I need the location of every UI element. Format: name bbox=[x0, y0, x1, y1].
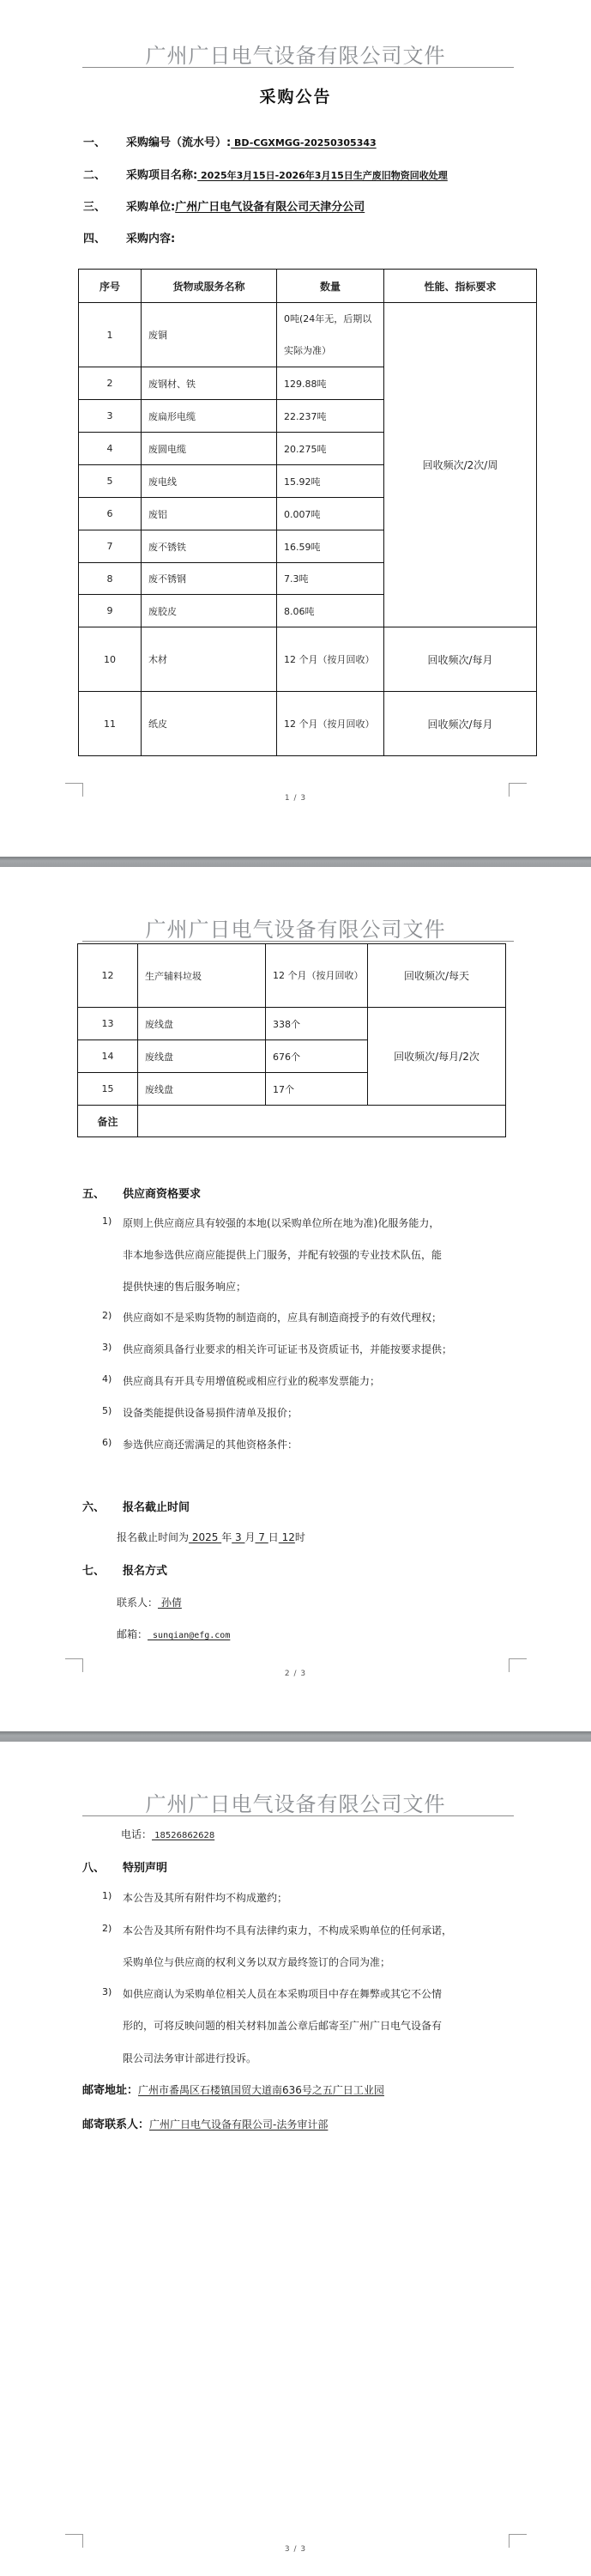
project-name-label: 采购项目名称: bbox=[126, 169, 197, 182]
page-number: 3 / 3 bbox=[0, 2545, 591, 2554]
procurement-unit-label: 采购单位: bbox=[126, 201, 175, 214]
supplier-requirements-heading: 供应商资格要求 bbox=[123, 1185, 201, 1201]
page-number: 1 / 3 bbox=[0, 794, 591, 803]
statement-item-2-line-2: 采购单位与供应商的权利义务以双方最终签订的合同为准； bbox=[123, 1955, 390, 1969]
statement-item-2-line-1: 本公告及其所有附件均不具有法律约束力，不构成采购单位的任何承诺， bbox=[123, 1923, 452, 1937]
letterhead-rule bbox=[82, 1815, 514, 1816]
deadline-text: 报名截止时间为 2025 年 3 月 7 日 12时 bbox=[117, 1530, 305, 1544]
mailing-contact-label: 邮寄联系人： bbox=[82, 2118, 149, 2131]
table-row: 13 废线盘 338个 回收频次/每月/2次 bbox=[78, 1008, 506, 1040]
procurement-unit-value: 广州广日电气设备有限公司天津分公司 bbox=[175, 201, 365, 214]
project-name-value: 2025年3月15日-2026年3月15日生产废旧物资回收处理 bbox=[197, 170, 448, 181]
section-2-num: 二、 bbox=[83, 166, 106, 182]
statement-item-3-line-2: 形的，可将反映问题的相关材料加盖公章后邮寄至广州广日电气设备有 bbox=[123, 2018, 442, 2033]
remark-label: 备注 bbox=[78, 1106, 138, 1137]
deadline-heading: 报名截止时间 bbox=[123, 1498, 190, 1514]
mailing-address: 邮寄地址：广州市番禺区石楼镇国贸大道南636号之五广日工业园 bbox=[82, 2081, 384, 2097]
requirement-item-4: 供应商具有开具专用增值税或相应行业的税率发票能力； bbox=[123, 1373, 380, 1388]
page-3: 广州广日电气设备有限公司文件 电话： 18526862628 八、 特别声明 1… bbox=[0, 1742, 591, 2576]
section-5-num: 五、 bbox=[82, 1185, 105, 1201]
requirement-item-6: 参选供应商还需满足的其他资格条件： bbox=[123, 1437, 298, 1452]
deadline-day: 7 bbox=[255, 1531, 268, 1543]
requirement-item-5: 设备类能提供设备易损件清单及报价； bbox=[123, 1405, 298, 1420]
letterhead: 广州广日电气设备有限公司文件 bbox=[0, 39, 591, 69]
section-3-num: 三、 bbox=[83, 197, 106, 214]
procurement-number-value: BD-CGXMGG-20250305343 bbox=[231, 137, 376, 148]
procurement-content-label: 采购内容: bbox=[126, 229, 175, 245]
document-title: 采购公告 bbox=[0, 84, 591, 107]
col-header-qty: 数量 bbox=[277, 270, 384, 303]
requirement-item-1-line-2: 非本地参选供应商应能提供上门服务，并配有较强的专业技术队伍，能 bbox=[123, 1247, 442, 1262]
page-separator bbox=[0, 857, 591, 867]
procurement-table-part-2: 12 生产辅料垃圾 12 个月（按月回收） 回收频次/每天 13 废线盘 338… bbox=[77, 943, 506, 1137]
table-row: 10 木材 12 个月（按月回收） 回收频次/每月 bbox=[79, 627, 537, 692]
page-2: 广州广日电气设备有限公司文件 12 生产辅料垃圾 12 个月（按月回收） 回收频… bbox=[0, 867, 591, 1731]
page-1: 广州广日电气设备有限公司文件 采购公告 一、 采购编号（流水号）: BD-CGX… bbox=[0, 0, 591, 857]
section-procurement-number-content: 采购编号（流水号）: BD-CGXMGG-20250305343 bbox=[126, 133, 377, 149]
section-8-num: 八、 bbox=[82, 1858, 105, 1875]
deadline-month: 3 bbox=[232, 1531, 244, 1543]
section-4-num: 四、 bbox=[83, 229, 106, 245]
special-statement-heading: 特别声明 bbox=[123, 1858, 167, 1875]
section-7-num: 七、 bbox=[82, 1561, 105, 1578]
table-row: 11 纸皮 12 个月（按月回收） 回收频次/每月 bbox=[79, 692, 537, 756]
col-header-name: 货物或服务名称 bbox=[142, 270, 277, 303]
requirement-item-1-line-3: 提供快速的售后服务响应； bbox=[123, 1279, 246, 1294]
contact-person: 联系人： 孙倩 bbox=[117, 1595, 182, 1609]
section-procurement-number: 一、 bbox=[83, 133, 106, 149]
table-header-row: 序号 货物或服务名称 数量 性能、指标要求 bbox=[79, 270, 537, 303]
deadline-hour: 12 bbox=[279, 1531, 295, 1543]
requirement-item-3: 供应商须具备行业要求的相关许可证证书及资质证书，并能按要求提供； bbox=[123, 1342, 452, 1356]
contact-phone-value: 18526862628 bbox=[152, 1831, 214, 1840]
section-6-num: 六、 bbox=[82, 1498, 105, 1514]
contact-person-value: 孙倩 bbox=[158, 1597, 182, 1609]
letterhead: 广州广日电气设备有限公司文件 bbox=[0, 1787, 591, 1817]
col-header-no: 序号 bbox=[79, 270, 142, 303]
contact-email-value[interactable]: sunqian@efg.com bbox=[148, 1631, 230, 1640]
page-number: 2 / 3 bbox=[0, 1670, 591, 1678]
table-remark-row: 备注 bbox=[78, 1106, 506, 1137]
letterhead-rule bbox=[82, 67, 514, 68]
mailing-address-value: 广州市番禺区石楼镇国贸大道南636号之五广日工业园 bbox=[138, 2084, 384, 2096]
section-procurement-unit: 采购单位:广州广日电气设备有限公司天津分公司 bbox=[126, 197, 365, 214]
mailing-address-label: 邮寄地址： bbox=[82, 2084, 138, 2097]
statement-item-3-line-3: 限公司法务审计部进行投诉。 bbox=[123, 2051, 256, 2065]
statement-item-3-line-1: 如供应商认为采购单位相关人员在本采购项目中存在舞弊或其它不公情 bbox=[123, 1986, 442, 2001]
col-header-requirement: 性能、指标要求 bbox=[384, 270, 537, 303]
page-separator bbox=[0, 1731, 591, 1742]
deadline-year: 2025 bbox=[189, 1531, 221, 1543]
statement-item-1: 本公告及其所有附件均不构成邀约； bbox=[123, 1890, 287, 1905]
mailing-contact-value: 广州广日电气设备有限公司-法务审计部 bbox=[149, 2118, 328, 2131]
letterhead: 广州广日电气设备有限公司文件 bbox=[0, 912, 591, 943]
section-project-name: 采购项目名称: 2025年3月15日-2026年3月15日生产废旧物资回收处理 bbox=[126, 166, 448, 182]
contact-phone: 电话： 18526862628 bbox=[121, 1827, 214, 1841]
contact-email: 邮箱： sunqian@efg.com bbox=[117, 1627, 230, 1641]
table-row: 12 生产辅料垃圾 12 个月（按月回收） 回收频次/每天 bbox=[78, 944, 506, 1008]
requirement-cell-monthly-twice: 回收频次/每月/2次 bbox=[368, 1008, 506, 1106]
requirement-item-1-line-1: 原则上供应商应具有较强的本地(以采购单位所在地为准)化服务能力， bbox=[123, 1215, 439, 1230]
procurement-number-label: 采购编号（流水号）: bbox=[126, 136, 231, 149]
procurement-table-part-1: 序号 货物或服务名称 数量 性能、指标要求 1 废铜 0吨(24年无，后期以实际… bbox=[78, 269, 537, 756]
mailing-contact: 邮寄联系人：广州广日电气设备有限公司-法务审计部 bbox=[82, 2115, 328, 2131]
remark-value bbox=[138, 1106, 506, 1137]
requirement-item-2: 供应商如不是采购货物的制造商的，应具有制造商授予的有效代理权； bbox=[123, 1310, 442, 1324]
letterhead-rule bbox=[82, 941, 514, 942]
table-row: 1 废铜 0吨(24年无，后期以实际为准） 回收频次/2次/周 bbox=[79, 303, 537, 367]
registration-heading: 报名方式 bbox=[123, 1561, 167, 1578]
requirement-cell-weekly: 回收频次/2次/周 bbox=[384, 303, 537, 627]
